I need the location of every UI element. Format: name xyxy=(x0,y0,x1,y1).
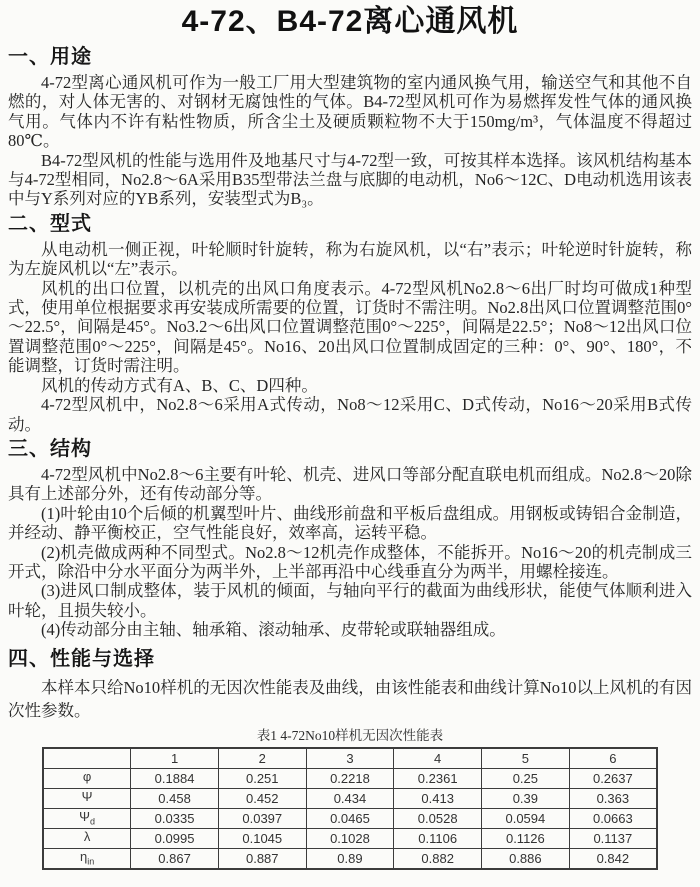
table-header-cell: 4 xyxy=(394,748,482,769)
row-label-symbol: λ xyxy=(84,829,91,844)
table-header-cell: 6 xyxy=(569,748,657,769)
table-header-cell: 5 xyxy=(482,748,570,769)
table-cell: 0.1137 xyxy=(569,828,657,848)
table-header-cell: 1 xyxy=(131,748,219,769)
table-row-phi: φ 0.1884 0.251 0.2218 0.2361 0.25 0.2637 xyxy=(43,768,657,788)
table-cell: 0.89 xyxy=(306,848,394,869)
table-cell: 0.2218 xyxy=(306,768,394,788)
paragraph: 从电动机一侧正视，叶轮顺时针旋转，称为右旋风机，以“右”表示；叶轮逆时针旋转，称… xyxy=(8,240,692,279)
page-title: 4-72、B4-72离心通风机 xyxy=(8,2,692,42)
section-heading-type: 二、型式 xyxy=(8,212,692,237)
paragraph: 风机的传动方式有A、B、C、D四种。 xyxy=(8,376,692,395)
row-label-symbol: φ xyxy=(83,769,91,784)
paragraph: 风机的出口位置，以机壳的出风口角度表示。4-72型风机No2.8～6出厂时均可做… xyxy=(8,279,692,376)
table-cell: 0.1106 xyxy=(394,828,482,848)
table-caption: 表1 4-72No10样机无因次性能表 xyxy=(8,727,692,744)
table-cell: 0.1045 xyxy=(218,828,306,848)
table-cell: 0.0663 xyxy=(569,808,657,828)
table-cell: 0.886 xyxy=(482,848,570,869)
table-cell: 0.2637 xyxy=(569,768,657,788)
table-row-psi: Ψ 0.458 0.452 0.434 0.413 0.39 0.363 xyxy=(43,788,657,808)
table-cell: 0.887 xyxy=(218,848,306,869)
table-cell: 0.0397 xyxy=(218,808,306,828)
row-label: φ xyxy=(43,768,131,788)
paragraph: (1)叶轮由10个后倾的机翼型叶片、曲线形前盘和平板后盘组成。用钢板或铸铝合金制… xyxy=(8,504,692,543)
table-cell: 0.0335 xyxy=(131,808,219,828)
table-row-psi-d: Ψd 0.0335 0.0397 0.0465 0.0528 0.0594 0.… xyxy=(43,808,657,828)
paragraph: 4-72型离心通风机可作为一般工厂用大型建筑物的室内通风换气用，输送空气和其他不… xyxy=(8,73,692,151)
table-cell: 0.867 xyxy=(131,848,219,869)
paragraph: 本样本只给No10样机的无因次性能表及曲线，由该性能表和曲线计算No10以上风机… xyxy=(8,676,692,722)
table-cell: 0.363 xyxy=(569,788,657,808)
table-cell: 0.251 xyxy=(218,768,306,788)
document-page: 4-72、B4-72离心通风机 一、用途 4-72型离心通风机可作为一般工厂用大… xyxy=(0,0,700,887)
row-label-symbol: Ψ xyxy=(79,809,90,824)
row-label-subscript: d xyxy=(90,817,95,827)
table-cell: 0.2361 xyxy=(394,768,482,788)
table-cell: 0.1884 xyxy=(131,768,219,788)
table-row-lambda: λ 0.0995 0.1045 0.1028 0.1106 0.1126 0.1… xyxy=(43,828,657,848)
table-cell: 0.0995 xyxy=(131,828,219,848)
paragraph: B4-72型风机的性能与选用件及地基尺寸与4-72型一致，可按其样本选择。该风机… xyxy=(8,151,692,209)
row-label: ηin xyxy=(43,848,131,869)
table-cell: 0.1028 xyxy=(306,828,394,848)
paragraph: (3)进风口制成整体，装于风机的倾面，与轴向平行的截面为曲线形状，能使气体顺利进… xyxy=(8,581,692,620)
paragraph: (2)机壳做成两种不同型式。No2.8～12机壳作成整体，不能拆开。No16～2… xyxy=(8,543,692,582)
table-header-cell xyxy=(43,748,131,769)
table-cell: 0.413 xyxy=(394,788,482,808)
section-heading-performance: 四、性能与选择 xyxy=(8,647,692,672)
row-label-symbol: Ψ xyxy=(82,789,93,804)
table-cell: 0.434 xyxy=(306,788,394,808)
table-cell: 0.0594 xyxy=(482,808,570,828)
table-cell: 0.452 xyxy=(218,788,306,808)
table-row-eta: ηin 0.867 0.887 0.89 0.882 0.886 0.842 xyxy=(43,848,657,869)
table-header-cell: 3 xyxy=(306,748,394,769)
section-heading-usage: 一、用途 xyxy=(8,45,692,70)
row-label: λ xyxy=(43,828,131,848)
table-cell: 0.842 xyxy=(569,848,657,869)
paragraph: (4)传动部分由主轴、轴承箱、滚动轴承、皮带轮或联轴器组成。 xyxy=(8,620,692,639)
table-cell: 0.25 xyxy=(482,768,570,788)
section-heading-structure: 三、结构 xyxy=(8,437,692,462)
paragraph: 4-72型风机中No2.8～6主要有叶轮、机壳、进风口等部分配直联电机而组成。N… xyxy=(8,465,692,504)
performance-table: 1 2 3 4 5 6 φ 0.1884 0.251 0.2218 0.2361… xyxy=(42,747,658,870)
table-cell: 0.0465 xyxy=(306,808,394,828)
table-cell: 0.458 xyxy=(131,788,219,808)
table-cell: 0.1126 xyxy=(482,828,570,848)
paragraph: 4-72型风机中，No2.8～6采用A式传动，No8～12采用C、D式传动，No… xyxy=(8,395,692,434)
table-cell: 0.882 xyxy=(394,848,482,869)
row-label-subscript: in xyxy=(87,857,94,867)
table-cell: 0.0528 xyxy=(394,808,482,828)
row-label: Ψd xyxy=(43,808,131,828)
table-header-row: 1 2 3 4 5 6 xyxy=(43,748,657,769)
row-label: Ψ xyxy=(43,788,131,808)
table-header-cell: 2 xyxy=(218,748,306,769)
table-cell: 0.39 xyxy=(482,788,570,808)
